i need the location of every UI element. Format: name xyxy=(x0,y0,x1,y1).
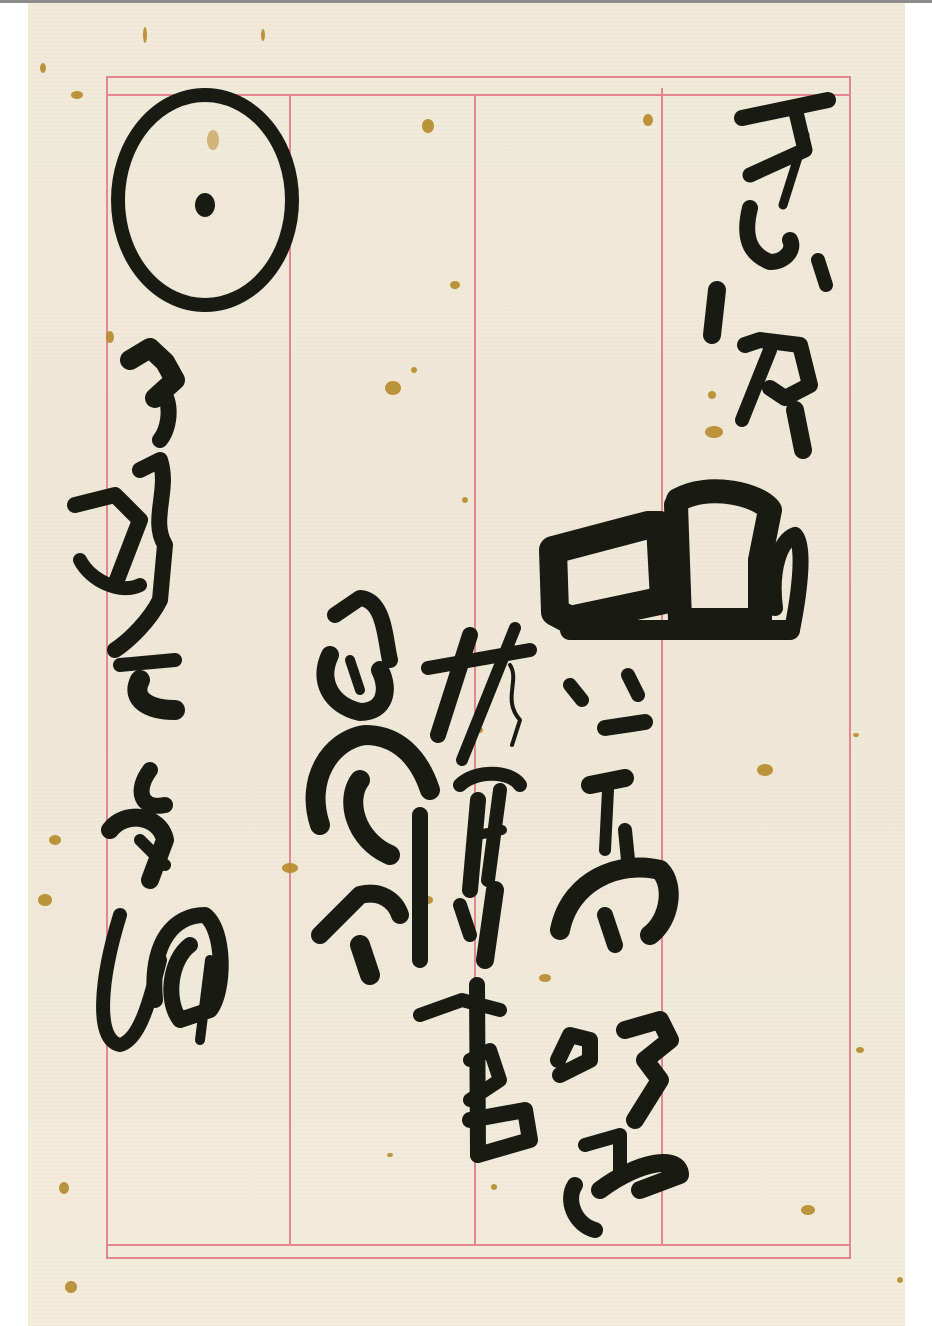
calligraphy-ink xyxy=(0,0,932,1326)
circle-center-dot xyxy=(195,193,215,217)
small-annotation-glyph xyxy=(510,665,520,745)
column-5-characters xyxy=(75,95,292,1045)
large-box-character xyxy=(553,491,801,630)
column-3-characters xyxy=(420,628,530,1155)
column-2-characters xyxy=(558,675,680,1230)
column-1-characters xyxy=(712,100,828,450)
column-4-characters xyxy=(316,598,430,975)
